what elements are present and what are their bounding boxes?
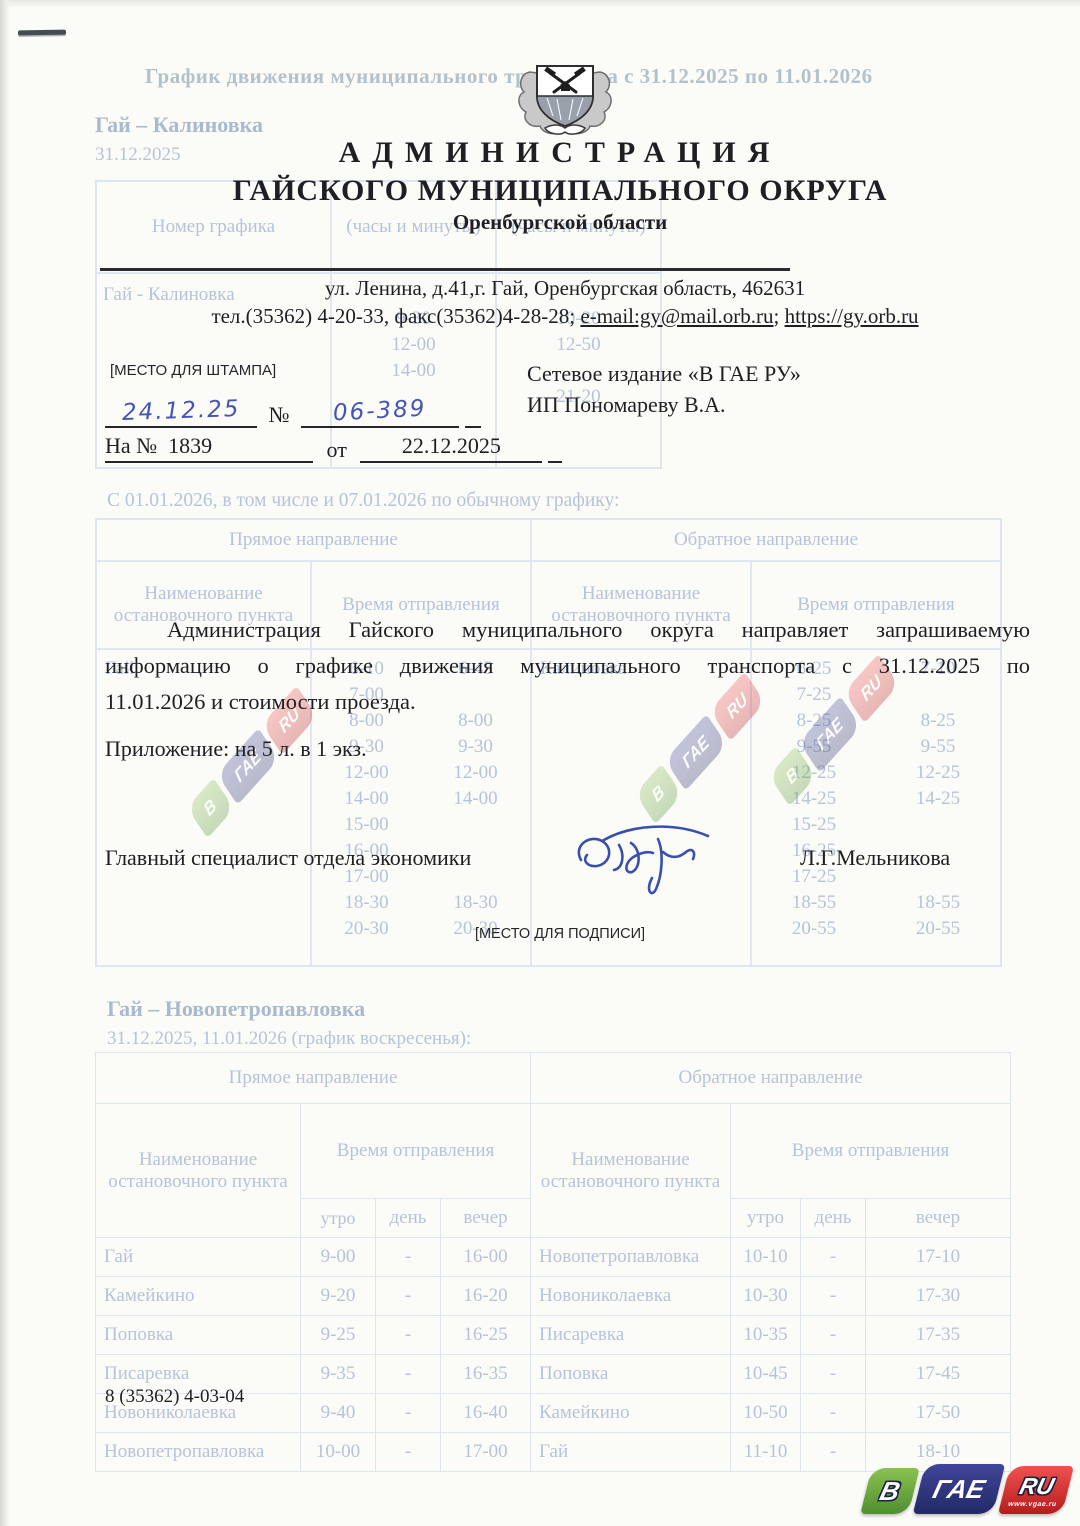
bleed-table-cell: Поповка	[96, 1316, 301, 1355]
bleed-table-row: Камейкино9-20-16-20Новониколаевка10-30-1…	[96, 1277, 1011, 1316]
bleed-table-cell: 9-20	[301, 1277, 376, 1316]
bleed-table-cell: Камейкино	[531, 1394, 731, 1433]
ref-label: На №	[105, 433, 157, 458]
bleed-table-cell: 16-20	[441, 1277, 531, 1316]
bleed-table-cell: 17-10	[866, 1238, 1011, 1277]
bleed-subcol-header: вечер	[441, 1199, 531, 1238]
signer-position: Главный специалист отдела экономики	[105, 845, 471, 871]
stamp-placeholder: [МЕСТО ДЛЯ ШТАМПА]	[110, 362, 276, 379]
bleed-table-cell: 10-00	[301, 1433, 376, 1472]
bleed-table-cell: 11-10	[731, 1433, 801, 1472]
bleed-table-cell: -	[376, 1238, 441, 1277]
scan-edge-left	[0, 0, 10, 1526]
logo-b-chip: В	[860, 1468, 919, 1514]
bleed-table-cell: -	[376, 1316, 441, 1355]
bleed-table-cell: -	[376, 1394, 441, 1433]
outgoing-ref-row: 24.12.25 № 06-389	[105, 398, 481, 428]
org-name-line1: АДМИНИСТРАЦИЯ	[100, 136, 1020, 170]
bleed-table-cell: 16-35	[441, 1355, 531, 1394]
signature-placeholder: [МЕСТО ДЛЯ ПОДПИСИ]	[100, 926, 1020, 942]
bleed-table-row: Гай9-00-16-00Новопетропавловка10-10-17-1…	[96, 1238, 1011, 1277]
logo-gae-chip: ГАЕ	[913, 1464, 1005, 1514]
letterhead: АДМИНИСТРАЦИЯ ГАЙСКОГО МУНИЦИПАЛЬНОГО ОК…	[100, 0, 1020, 235]
bleed-direction-header: Прямое направление	[96, 519, 531, 561]
bleed-subcol-header: вечер	[866, 1199, 1011, 1238]
bleed-table-cell: -	[376, 1277, 441, 1316]
bleed-table-cell: Новопетропавловка	[96, 1433, 301, 1472]
body-line: 11.01.2026 и стоимости проезда.	[105, 684, 1030, 720]
body-paragraph: Администрация Гайского муниципального ок…	[105, 612, 1030, 720]
addressee-line2: ИП Пономареву В.А.	[527, 389, 801, 420]
handwritten-number: 06-389	[333, 396, 428, 427]
org-website-link[interactable]: https://gy.orb.ru	[785, 304, 919, 328]
bleed-subcol-header: утро	[731, 1199, 801, 1238]
logo-gae-letters: ГАЕ	[930, 1474, 988, 1505]
handwritten-date: 24.12.25	[121, 396, 240, 426]
bleed-direction-header: Прямое направление	[96, 1053, 531, 1104]
bleed-subcol-header: утро	[301, 1199, 376, 1238]
bleed-table-cell: -	[376, 1355, 441, 1394]
bleed-table-cell: -	[801, 1355, 866, 1394]
bleed-table-cell: 16-40	[441, 1394, 531, 1433]
body-line: Администрация Гайского муниципального ок…	[105, 612, 1030, 648]
addressee-line1: Сетевое издание «В ГАЕ РУ»	[527, 358, 801, 389]
bleed-table-cell: Гай	[531, 1433, 731, 1472]
contacts-separator: ;	[774, 304, 785, 328]
bleed-table-cell: Новониколаевка	[531, 1277, 731, 1316]
bleed-table-cell: 9-25	[301, 1316, 376, 1355]
bleed-table-cell: -	[801, 1394, 866, 1433]
bleed-table-cell: 10-45	[731, 1355, 801, 1394]
bleed-table-row: Поповка9-25-16-25Писаревка10-35-17-35	[96, 1316, 1011, 1355]
bleed-time-header: Время отправления	[731, 1104, 1011, 1199]
bleed-table-cell: 16-00	[441, 1238, 531, 1277]
bleed-novopetr-heading: Гай – Новопетропавловка	[107, 996, 365, 1022]
bleed-normal-schedule-note: С 01.01.2026, в том числе и 07.01.2026 п…	[107, 490, 619, 512]
bleed-table-cell: 17-35	[866, 1316, 1011, 1355]
footer-phone: 8 (35362) 4-03-04	[105, 1386, 244, 1408]
org-phone: тел.(35362) 4-20-33, факс(35362)4-28-28;	[211, 304, 580, 328]
bleed-table-cell: 10-10	[731, 1238, 801, 1277]
org-address: ул. Ленина, д.41,г. Гай, Оренбургская об…	[100, 276, 1030, 301]
bleed-stop-header: Наименование остановочного пункта	[96, 1104, 301, 1238]
bleed-table-cell: -	[801, 1433, 866, 1472]
signer-name: Л.Г.Мельникова	[800, 845, 950, 871]
logo-ru-letters: RU	[1017, 1473, 1057, 1500]
bleed-table-cell: 10-30	[731, 1277, 801, 1316]
scan-artifact-dash	[18, 30, 66, 36]
bleed-table-cell: 17-00	[441, 1433, 531, 1472]
bleed-table-cell: 17-30	[866, 1277, 1011, 1316]
bleed-table-cell: -	[376, 1433, 441, 1472]
scanned-letter-page: График движения муниципального транспорт…	[0, 0, 1080, 1526]
bleed-table-cell: 9-35	[301, 1355, 376, 1394]
bleed-novopetr-table-wrap: Прямое направление Обратное направление …	[95, 1052, 1011, 1472]
bleed-novopetr-table: Прямое направление Обратное направление …	[95, 1052, 1011, 1472]
incoming-ref-row: На № 1839 от 22.12.2025	[105, 433, 562, 463]
bleed-table-cell: -	[801, 1277, 866, 1316]
ref-date: 22.12.2025	[360, 433, 542, 463]
bleed-table-cell: -	[801, 1238, 866, 1277]
vgae-site-logo: В ГАЕ RUwww.vgae.ru	[866, 1464, 1068, 1514]
bleed-table-cell: 17-50	[866, 1394, 1011, 1433]
bleed-direction-header: Обратное направление	[531, 519, 1001, 561]
bleed-stop-header: Наименование остановочного пункта	[531, 1104, 731, 1238]
bleed-table-cell: 9-00	[301, 1238, 376, 1277]
bleed-table-cell: 17-45	[866, 1355, 1011, 1394]
logo-ru-chip: RUwww.vgae.ru	[998, 1466, 1074, 1514]
handwritten-signature	[565, 812, 725, 912]
org-name-line2: ГАЙСКОГО МУНИЦИПАЛЬНОГО ОКРУГА	[100, 174, 1020, 208]
logo-b-letter: В	[877, 1476, 904, 1507]
bleed-time-header: Время отправления	[301, 1104, 531, 1199]
bleed-table-cell: 10-35	[731, 1316, 801, 1355]
bleed-table-cell: 10-50	[731, 1394, 801, 1433]
bleed-table-cell: Гай	[96, 1238, 301, 1277]
bleed-subcol-header: день	[801, 1199, 866, 1238]
org-name-line3: Оренбургской области	[100, 210, 1020, 235]
logo-url: www.vgae.ru	[1007, 1501, 1057, 1508]
bleed-novopetr-subtitle: 31.12.2025, 11.01.2026 (график воскресен…	[107, 1028, 471, 1050]
number-sign: №	[269, 402, 290, 427]
org-contacts: тел.(35362) 4-20-33, факс(35362)4-28-28;…	[100, 304, 1030, 329]
bleed-table-cell: 9-40	[301, 1394, 376, 1433]
letterhead-divider	[100, 268, 790, 271]
bleed-table-cell: Писаревка	[531, 1316, 731, 1355]
addressee-block: Сетевое издание «В ГАЕ РУ» ИП Пономареву…	[527, 358, 801, 420]
attachment-note: Приложение: на 5 л. в 1 экз.	[105, 736, 367, 762]
bleed-table-cell: Поповка	[531, 1355, 731, 1394]
bleed-direction-header: Обратное направление	[531, 1053, 1011, 1104]
bleed-subcol-header: день	[376, 1199, 441, 1238]
org-email-link[interactable]: e-mail:gy@mail.orb.ru	[580, 304, 773, 328]
bleed-table-cell: 16-25	[441, 1316, 531, 1355]
bleed-table-cell: Камейкино	[96, 1277, 301, 1316]
body-line: информацию о графике движения муниципаль…	[105, 648, 1030, 684]
from-label: от	[327, 437, 347, 462]
ref-number: 1839	[168, 433, 212, 458]
bleed-table-cell: -	[801, 1316, 866, 1355]
bleed-table-cell: Новопетропавловка	[531, 1238, 731, 1277]
